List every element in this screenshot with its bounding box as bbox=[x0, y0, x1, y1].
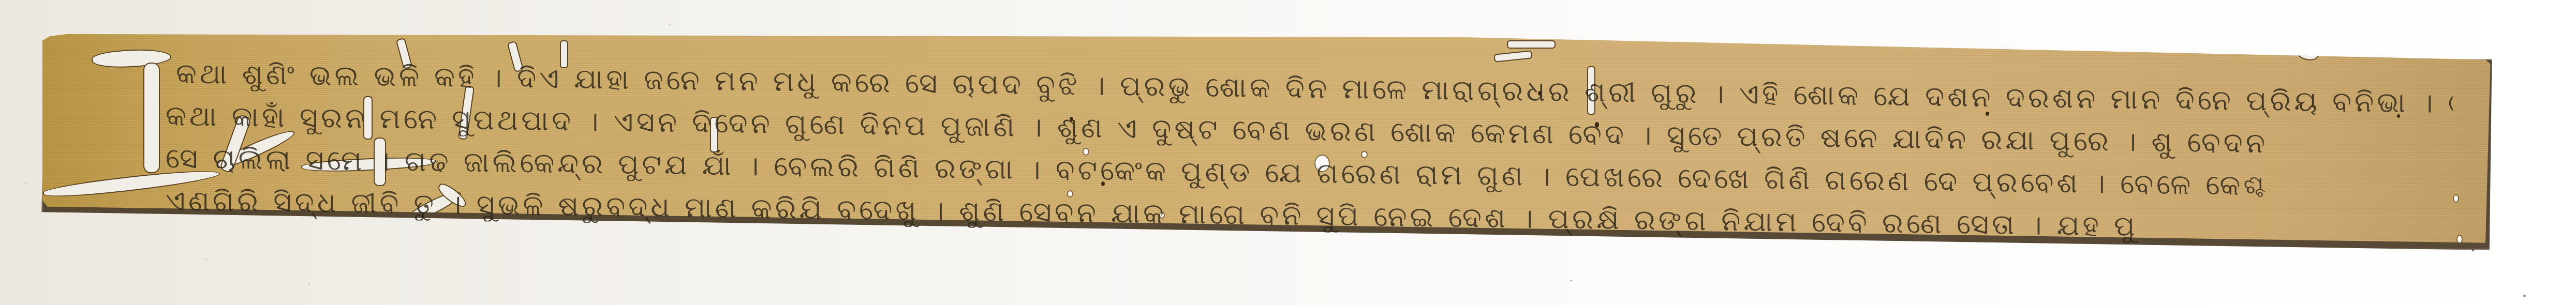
damage-tunnel-17 bbox=[1507, 40, 1556, 49]
manuscript-text-block: କଥା ଶୁଣିଂ ଭଲ ଭଳି କହି । ଦିଏ ଯାହା ଜନେ ମନ ମ… bbox=[155, 57, 2432, 257]
worm-hole bbox=[2454, 195, 2458, 202]
damage-tunnel-19 bbox=[2295, 43, 2320, 62]
worm-hole bbox=[2457, 236, 2462, 243]
damage-tunnel-16 bbox=[1493, 50, 1532, 63]
